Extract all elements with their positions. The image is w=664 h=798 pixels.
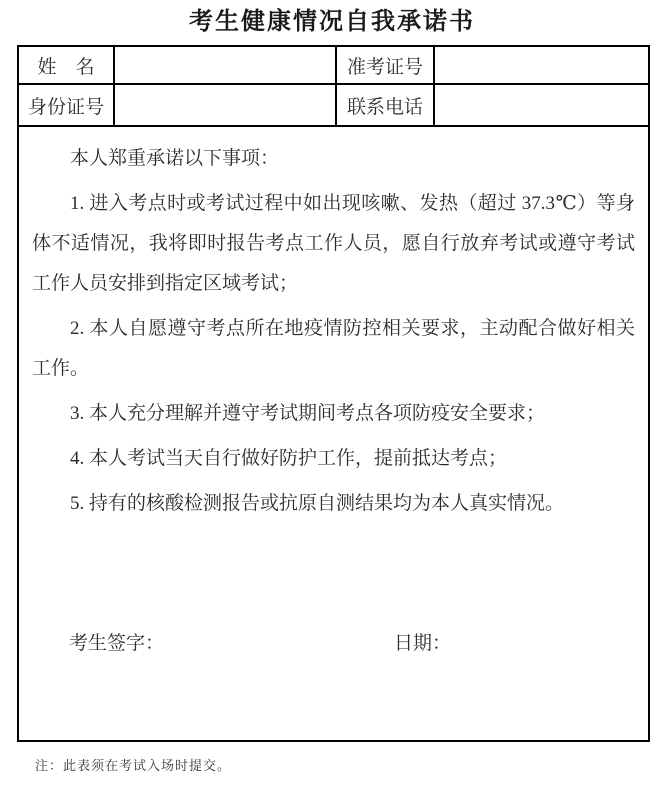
commitment-item-5: 5. 持有的核酸检测报告或抗原自测结果均为本人真实情况。 xyxy=(32,484,635,524)
document-page: 考生健康情况自我承诺书 姓 名 准考证号 身份证号 联系电话 xyxy=(0,0,664,774)
commitment-item-1: 1. 进入考点时或考试过程中如出现咳嗽、发热（超过 37.3℃）等身体不适情况，… xyxy=(32,184,635,304)
health-commitment-form-table: 姓 名 准考证号 身份证号 联系电话 本人郑重承诺以下事项： 1. 进入考点时或… xyxy=(17,45,650,742)
commitment-body-row: 本人郑重承诺以下事项： 1. 进入考点时或考试过程中如出现咳嗽、发热（超过 37… xyxy=(18,126,649,741)
footer-note: 注：此表须在考试入场时提交。 xyxy=(35,755,664,774)
commitment-item-3: 3. 本人充分理解并遵守考试期间考点各项防疫安全要求； xyxy=(32,394,635,434)
contact-phone-label: 联系电话 xyxy=(336,84,434,126)
name-label: 姓 名 xyxy=(18,46,114,84)
form-row-name-ticket: 姓 名 准考证号 xyxy=(18,46,649,84)
form-row-id-phone: 身份证号 联系电话 xyxy=(18,84,649,126)
commitment-body-cell: 本人郑重承诺以下事项： 1. 进入考点时或考试过程中如出现咳嗽、发热（超过 37… xyxy=(18,126,649,741)
date-label: 日期： xyxy=(394,628,451,655)
id-number-value-cell xyxy=(114,84,336,126)
signature-row: 考生签字： 日期： xyxy=(69,628,635,655)
commitment-item-2: 2. 本人自愿遵守考点所在地疫情防控相关要求，主动配合做好相关工作。 xyxy=(32,309,635,389)
commitment-intro: 本人郑重承诺以下事项： xyxy=(32,139,635,179)
signature-label: 考生签字： xyxy=(69,628,164,655)
contact-phone-value-cell xyxy=(434,84,649,126)
admission-ticket-label: 准考证号 xyxy=(336,46,434,84)
commitment-item-4: 4. 本人考试当天自行做好防护工作，提前抵达考点； xyxy=(32,439,635,479)
document-title: 考生健康情况自我承诺书 xyxy=(0,0,664,45)
name-value-cell xyxy=(114,46,336,84)
admission-ticket-value-cell xyxy=(434,46,649,84)
id-number-label: 身份证号 xyxy=(18,84,114,126)
